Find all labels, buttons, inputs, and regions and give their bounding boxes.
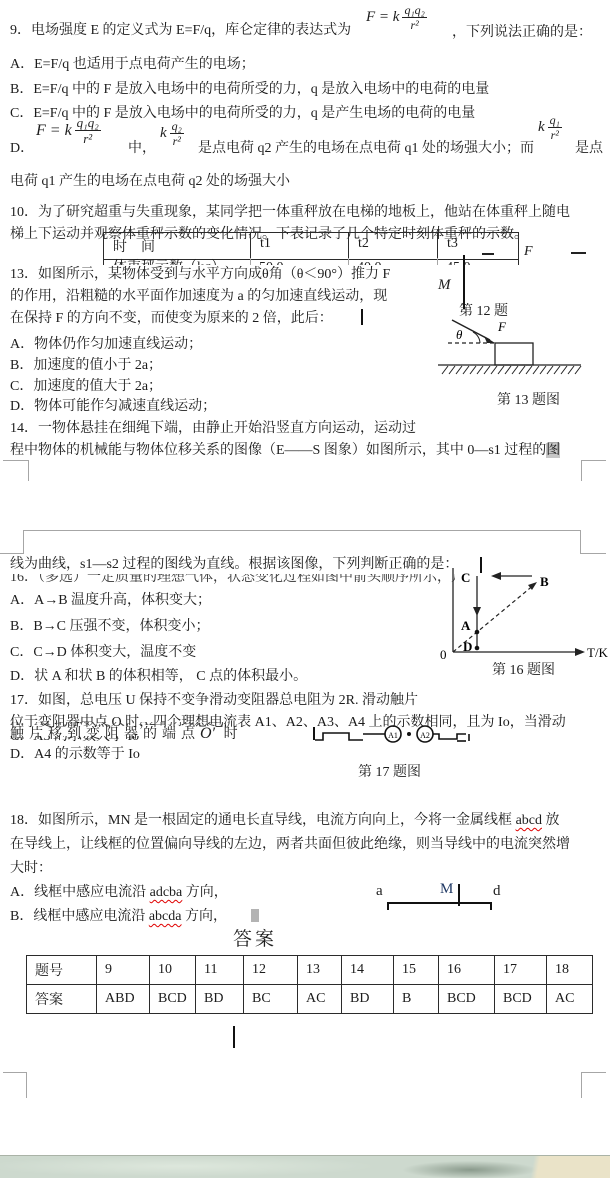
answers-number-cell[interactable]: 17 <box>495 956 547 985</box>
q13-option-a[interactable]: A．物体仍作匀加速直线运动； <box>10 336 202 354</box>
formula-numerator: q₁q₂ <box>75 116 101 131</box>
page-boundary-mark <box>3 1072 26 1073</box>
page-boundary-mark <box>0 553 23 554</box>
block-cursor <box>251 909 259 922</box>
formula-lead: k <box>160 125 167 142</box>
q10-stem-line1[interactable]: 10．为了研究超重与失重现象，某同学把一体重秤放在电梯的地板上，他站在体重秤上随… <box>10 204 570 222</box>
q13-option-d[interactable]: D．物体可能作匀减速直线运动； <box>10 398 216 416</box>
formula-lead: F = k <box>366 9 399 26</box>
answers-number-cell[interactable]: 16 <box>439 956 495 985</box>
answers-number-cell[interactable]: 9 <box>97 956 150 985</box>
page-boundary-mark <box>581 1072 606 1073</box>
clipped-figure-fragment <box>571 252 586 254</box>
q16-clipped-stem-line[interactable]: 16．（多选）一定质量的理想气体，状态变化过程如图中箭头顺序所示，则下列判断正确… <box>10 574 455 584</box>
q16-option-b[interactable]: B．B→C 压强不变，体积变小； <box>10 618 210 636</box>
q18-option-b[interactable]: B．线框中感应电流沿 abcda 方向， <box>10 908 227 926</box>
answers-number-cell[interactable]: 12 <box>244 956 298 985</box>
answers-value-cell[interactable]: BCD <box>495 985 547 1014</box>
q16-point-b-label: B <box>540 574 549 589</box>
q18-word-abcd: abcd <box>516 813 542 828</box>
q17-clipped-option-c[interactable]: C．A3 的示数大于 Io <box>10 736 210 744</box>
formula-denominator: r² <box>410 18 418 31</box>
formula-field-q2[interactable]: kq₂r² <box>160 120 184 147</box>
q9-stem[interactable]: 9．电场强度 E 的定义式为 E=F/q，库仑定律的表达式为 <box>10 22 351 40</box>
q10-table-cell-t1[interactable]: t1 <box>250 233 358 259</box>
word-document-view: F = kq₁q₂r² 9．电场强度 E 的定义式为 E=F/q，库仑定律的表达… <box>0 0 610 1178</box>
answers-number-row-label[interactable]: 题号 <box>27 956 97 985</box>
answers-title[interactable]: 答案 <box>233 931 277 949</box>
q9-option-d-text[interactable]: 是点电荷 q2 产生的电场在点电荷 q1 处的场强大小；而 <box>198 140 534 158</box>
page-boundary-mark <box>28 460 29 481</box>
q18-stem-text: 18．如图所示，MN 是一根固定的通电长直导线，电流方向向上，今将一金属线框 <box>10 813 516 828</box>
q16-option-c[interactable]: C．C→D 体积变大，温度不变 <box>10 644 196 662</box>
q9-option-a[interactable]: A．E=F/q 也适用于点电荷产生的电场； <box>10 56 255 74</box>
q13-figure-block-on-ground[interactable]: θ F <box>418 314 603 384</box>
clipped-figure-fragment <box>482 253 494 255</box>
clipped-figure-fragment-f: F <box>524 245 536 255</box>
q13-figure-force-label: F <box>497 319 507 334</box>
q18-figure-frame-side <box>387 902 389 910</box>
q16-option-a[interactable]: A．A→B 温度升高，体积变大； <box>10 592 211 610</box>
q9-option-d-label[interactable]: D． <box>10 140 34 158</box>
q13-option-c[interactable]: C．加速度的值大于 2a； <box>10 378 162 396</box>
text-caret <box>233 1026 235 1048</box>
q14-highlighted-char: 图 <box>546 443 560 458</box>
q17-figure-caption[interactable]: 第 17 题图 <box>358 764 421 782</box>
q17-stem-line1[interactable]: 17．如图，总电压 U 保持不变争滑动变阻器总电阻为 2R. 滑动触片 <box>10 692 418 710</box>
answers-value-cell[interactable]: BC <box>244 985 298 1014</box>
q16-origin-label: 0 <box>440 647 447 660</box>
answers-number-cell[interactable]: 14 <box>342 956 394 985</box>
q18-stem-line1[interactable]: 18．如图所示，MN 是一根固定的通电长直导线，电流方向向上，今将一金属线框 a… <box>10 812 560 830</box>
q14-stem-line2[interactable]: 程中物体的机械能与物体位移关系的图像（E——S 图象）如图所示，其中 0—s1 … <box>10 442 560 460</box>
answers-value-cell[interactable]: B <box>394 985 439 1014</box>
q17-figure-circuit-strip[interactable]: A1 A2 <box>312 722 474 746</box>
formula-lead: k <box>538 119 545 136</box>
formula-coulomb-law[interactable]: F = kq₁q₂r² <box>366 4 427 31</box>
q18-figure-d-label[interactable]: d <box>493 882 501 900</box>
formula-coulomb-law-2[interactable]: F = kq₁q₂r² <box>36 116 101 145</box>
q9-option-d-line2[interactable]: 电荷 q1 产生的电场在点电荷 q2 处的场强大小 <box>10 173 290 191</box>
q14-stem-line1[interactable]: 14．一物体悬挂在细绳下端，由静止开始沿竖直方向运动，运动过 <box>10 420 416 438</box>
q18-figure-frame-top[interactable] <box>387 902 492 904</box>
answers-table[interactable]: 题号 9 10 11 12 13 14 15 16 17 18 答案 ABD B… <box>26 955 593 1014</box>
q10-table-clipped-row[interactable]: 体重秤示数（kg） 50.0 40.0 45.0 <box>103 258 519 265</box>
formula-lead: F = k <box>36 122 72 140</box>
answers-number-cell[interactable]: 11 <box>196 956 244 985</box>
answers-value-cell[interactable]: BD <box>342 985 394 1014</box>
page-boundary-mark <box>26 1072 27 1098</box>
answers-number-cell[interactable]: 10 <box>150 956 196 985</box>
answers-value-cell[interactable]: ABD <box>97 985 150 1014</box>
page-boundary-mark <box>23 530 581 531</box>
q18-figure-a-label[interactable]: a <box>376 882 383 900</box>
q9-stem-tail[interactable]: ，下列说法正确的是： <box>452 24 592 42</box>
answers-table-number-row: 题号 9 10 11 12 13 14 15 16 17 18 <box>27 956 593 985</box>
q18-option-b-tail: 方向， <box>182 909 228 924</box>
page-boundary-mark <box>580 553 606 554</box>
q10-table-cell-t3[interactable]: t3 <box>437 233 528 259</box>
q14-stem-line2-text: 程中物体的机械能与物体位移关系的图像（E——S 图象）如图所示，其中 0—s1 … <box>10 443 546 458</box>
q18-stem-line2[interactable]: 在导线上，让线框的位置偏向导线的左边，两者共面但彼此绝缘，则当导线中的电流突然增 <box>10 836 570 854</box>
page-boundary-mark <box>581 460 582 481</box>
desktop-wallpaper-strip <box>0 1155 610 1178</box>
answers-value-cell[interactable]: BCD <box>150 985 196 1014</box>
q13-stem-line3[interactable]: 在保持 F 的方向不变，而使变为原来的 2 倍，此后： <box>10 310 333 328</box>
page-boundary-mark <box>581 1072 582 1098</box>
formula-numerator: q₁q₂ <box>402 4 426 18</box>
q9-option-d-tail[interactable]: 是点 <box>575 140 603 158</box>
q10-table-cell-v2: 40.0 <box>357 259 382 265</box>
q17-ammeter1-label: A1 <box>388 731 398 740</box>
q18-figure-m-label[interactable]: M <box>440 880 453 898</box>
formula-numerator: q₁ <box>548 114 562 128</box>
q16-point-c-label: C <box>461 570 470 585</box>
q16-axis-label: T/K <box>587 645 609 660</box>
answers-value-cell[interactable]: AC <box>298 985 342 1014</box>
text-caret <box>361 309 363 325</box>
q10-table-cell-reading-label: 体重秤示数（kg） <box>113 259 225 265</box>
q13-option-b[interactable]: B．加速度的值小于 2a； <box>10 357 162 375</box>
formula-numerator: q₂ <box>170 120 184 134</box>
page-boundary-mark <box>581 460 606 461</box>
answers-value-cell[interactable]: AC <box>547 985 593 1014</box>
q18-word-abcda: abcda <box>149 909 182 924</box>
q18-stem-line3[interactable]: 大时： <box>10 860 52 878</box>
answers-number-cell[interactable]: 15 <box>394 956 439 985</box>
q17-ammeter2-label: A2 <box>420 731 430 740</box>
q10-table-cell-v3: 45.0 <box>446 259 471 265</box>
q18-word-adcba: adcba <box>150 885 183 900</box>
q13-figure-caption[interactable]: 第 13 题图 <box>497 392 560 410</box>
q18-option-a[interactable]: A．线框中感应电流沿 adcba 方向， <box>10 884 228 902</box>
q10-table-cell-t2[interactable]: t2 <box>348 233 447 259</box>
q18-stem-tail: 放 <box>542 813 560 828</box>
q16-intro-line[interactable]: 线为曲线，s1—s2 过程的图线为直线。根据该图像，下列判断正确的是： <box>10 556 458 574</box>
answers-value-row-label[interactable]: 答案 <box>27 985 97 1014</box>
q16-figure-vt-diagram[interactable]: T/K 0 C B A D <box>437 558 609 660</box>
page-boundary-mark <box>23 530 24 554</box>
page-boundary-mark <box>3 460 28 461</box>
q16-point-a-label: A <box>461 618 471 633</box>
q18-option-a-tail: 方向， <box>182 885 228 900</box>
q16-option-d[interactable]: D．状 A 和状 B 的体积相等， C 点的体积最小。 <box>10 668 307 686</box>
q10-table-cell-time[interactable]: 时 间 <box>104 233 259 259</box>
q9-option-d-mid[interactable]: 中， <box>128 140 156 158</box>
formula-denominator: r² <box>83 131 92 145</box>
q17-option-d[interactable]: D．A4 的示数等于 Io <box>10 746 140 764</box>
q13-stem-line1[interactable]: 13．如图所示，某物体受到与水平方向成θ角（θ＜90°）推力 F <box>10 266 390 284</box>
q13-figure-theta-label: θ <box>456 327 463 342</box>
formula-field-q1[interactable]: kq₁r² <box>538 114 562 141</box>
q12-figure-wire[interactable] <box>463 255 465 309</box>
answers-value-cell[interactable]: BCD <box>439 985 495 1014</box>
q18-option-b-text: B．线框中感应电流沿 <box>10 909 149 924</box>
q16-figure-caption[interactable]: 第 16 题图 <box>492 662 555 680</box>
q9-option-b[interactable]: B．E=F/q 中的 F 是放入电场中的电荷所受的力，q 是放入电场中的电荷的电… <box>10 81 489 99</box>
q17-garbled-tail: 时 <box>215 727 243 739</box>
page-boundary-mark <box>580 530 581 554</box>
q18-figure-frame-side <box>490 902 492 910</box>
answers-number-cell[interactable]: 13 <box>298 956 342 985</box>
answers-table-value-row: 答案 ABD BCD BD BC AC BD B BCD BCD AC <box>27 985 593 1014</box>
answers-number-cell[interactable]: 18 <box>547 956 593 985</box>
answers-value-cell[interactable]: BD <box>196 985 244 1014</box>
q10-table-header-row[interactable]: 时 间 t1 t2 t3 <box>103 232 519 260</box>
formula-denominator: r² <box>551 128 559 141</box>
q10-table-cell-v1: 50.0 <box>259 259 284 265</box>
q16-point-d-label: D <box>463 639 472 654</box>
q18-option-a-text: A．线框中感应电流沿 <box>10 885 150 900</box>
formula-denominator: r² <box>173 134 181 147</box>
q13-stem-line2[interactable]: 的作用，沿粗糙的水平面作加速度为 a 的匀加速直线运动，现 <box>10 288 387 306</box>
q12-figure-label-m[interactable]: M <box>438 276 451 294</box>
